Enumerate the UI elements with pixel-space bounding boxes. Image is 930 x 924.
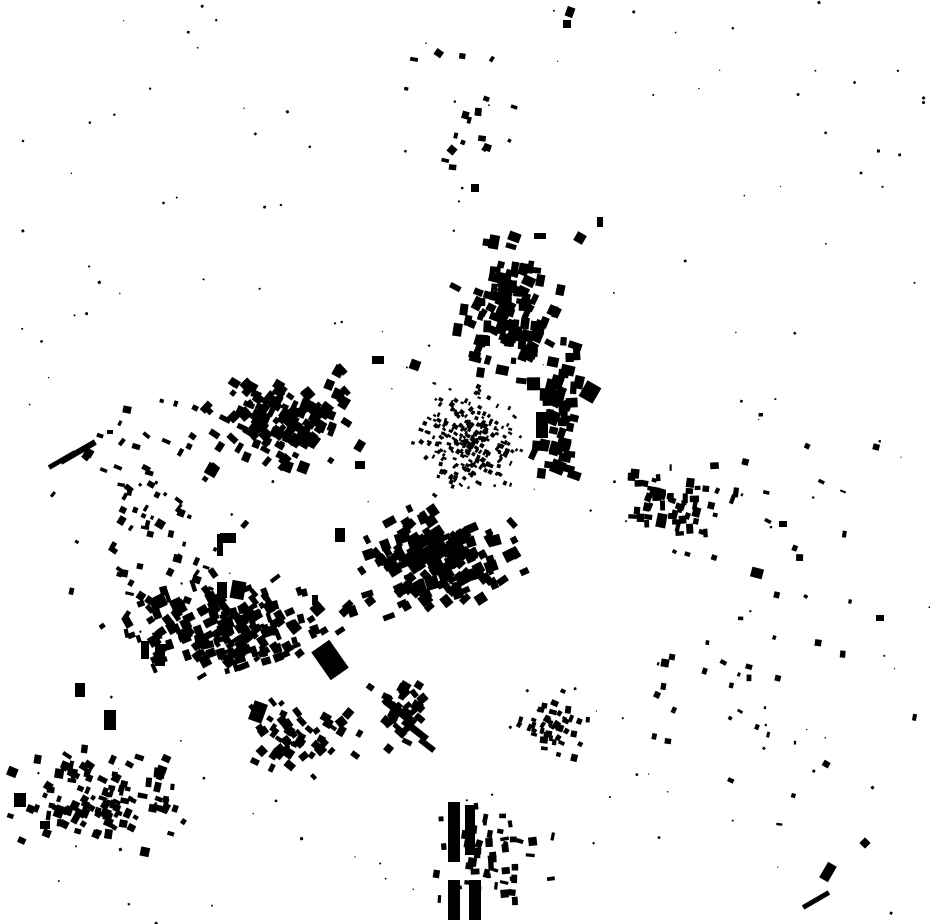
- small-structure: [622, 717, 624, 719]
- building: [686, 488, 694, 494]
- building: [705, 640, 709, 645]
- building: [483, 822, 487, 826]
- small-structure: [613, 480, 616, 483]
- building: [75, 683, 85, 697]
- building: [652, 494, 661, 501]
- building: [162, 796, 169, 804]
- small-structure: [74, 314, 76, 316]
- building: [448, 802, 460, 862]
- building: [141, 641, 149, 659]
- small-structure: [860, 172, 863, 175]
- small-structure: [211, 905, 213, 907]
- building: [465, 805, 475, 855]
- building: [630, 468, 639, 478]
- building: [693, 518, 699, 525]
- small-structure: [180, 740, 182, 742]
- building: [560, 337, 567, 346]
- building: [148, 804, 157, 813]
- building: [644, 514, 652, 520]
- building: [541, 702, 547, 708]
- small-structure: [609, 796, 611, 798]
- building: [561, 409, 568, 419]
- building: [471, 184, 479, 192]
- building: [702, 485, 709, 492]
- building: [840, 650, 846, 657]
- building: [119, 791, 123, 796]
- small-structure: [406, 366, 408, 368]
- building: [372, 356, 384, 364]
- small-structure: [58, 880, 60, 882]
- building: [217, 582, 227, 598]
- building: [512, 864, 519, 871]
- building: [433, 870, 441, 879]
- building: [686, 524, 693, 534]
- building: [465, 862, 474, 870]
- building: [660, 500, 665, 510]
- building: [570, 381, 577, 394]
- small-structure: [280, 204, 282, 206]
- building: [474, 108, 482, 117]
- building: [438, 816, 443, 821]
- building: [478, 135, 486, 142]
- building: [499, 814, 506, 819]
- building: [511, 261, 520, 273]
- small-structure: [29, 404, 31, 406]
- building: [695, 486, 701, 490]
- small-structure: [75, 845, 77, 847]
- building: [794, 741, 796, 745]
- building: [469, 880, 481, 920]
- building: [81, 744, 88, 753]
- building: [703, 529, 708, 538]
- small-structure: [897, 70, 899, 72]
- building: [738, 617, 743, 621]
- small-structure: [883, 655, 885, 657]
- small-structure: [162, 202, 165, 205]
- building: [664, 738, 671, 744]
- building: [355, 461, 365, 469]
- building: [511, 357, 517, 364]
- building: [528, 837, 537, 846]
- building: [523, 352, 536, 360]
- building: [677, 508, 683, 514]
- small-structure: [118, 768, 119, 769]
- building: [155, 644, 165, 666]
- building: [597, 217, 603, 227]
- building: [510, 837, 517, 843]
- small-structure: [534, 489, 535, 490]
- building: [139, 846, 150, 857]
- building: [40, 821, 50, 829]
- building: [512, 897, 518, 906]
- building: [537, 468, 547, 479]
- small-structure: [243, 108, 244, 109]
- small-structure: [543, 364, 544, 365]
- building: [644, 520, 649, 528]
- building: [449, 164, 457, 170]
- building: [563, 20, 571, 28]
- small-structure: [557, 61, 558, 62]
- building: [112, 771, 118, 777]
- building: [217, 534, 223, 556]
- building: [686, 478, 695, 488]
- small-structure: [613, 292, 615, 294]
- building: [312, 595, 318, 605]
- building: [670, 464, 672, 471]
- small-structure: [258, 400, 261, 403]
- building: [565, 706, 572, 714]
- building: [637, 513, 645, 522]
- building: [656, 474, 661, 481]
- building: [508, 889, 516, 896]
- building: [710, 462, 719, 469]
- building: [459, 53, 466, 59]
- building: [33, 754, 41, 764]
- building: [747, 675, 752, 682]
- building: [570, 730, 577, 737]
- small-structure: [882, 186, 884, 188]
- building: [54, 768, 64, 779]
- small-structure: [391, 388, 392, 389]
- building: [501, 844, 509, 853]
- building: [438, 895, 442, 903]
- small-structure: [354, 856, 355, 857]
- building: [513, 286, 522, 297]
- building: [488, 855, 497, 863]
- building: [540, 736, 549, 743]
- building: [876, 615, 884, 621]
- building: [448, 880, 460, 920]
- building: [501, 867, 510, 874]
- small-structure: [340, 321, 342, 323]
- building: [552, 739, 557, 745]
- building: [814, 639, 821, 646]
- building: [675, 531, 684, 536]
- building: [491, 283, 498, 291]
- small-structure: [735, 332, 737, 334]
- building: [759, 413, 763, 417]
- small-structure: [675, 32, 677, 34]
- small-structure: [21, 328, 23, 330]
- building: [107, 430, 113, 434]
- small-structure: [648, 773, 649, 774]
- building: [335, 528, 345, 542]
- small-structure: [877, 149, 880, 152]
- small-structure: [300, 837, 303, 840]
- building: [536, 412, 548, 438]
- small-structure: [732, 27, 735, 30]
- building: [485, 838, 493, 847]
- building: [672, 519, 680, 524]
- building: [471, 868, 480, 874]
- small-structure: [454, 100, 456, 102]
- building: [628, 514, 637, 519]
- building: [119, 819, 128, 828]
- building: [145, 777, 152, 787]
- small-structure: [914, 282, 916, 284]
- building: [634, 507, 641, 515]
- building: [441, 843, 447, 850]
- building: [170, 784, 175, 791]
- building: [668, 513, 673, 519]
- building: [565, 353, 573, 362]
- small-structure: [197, 47, 199, 49]
- ground-background: [0, 0, 930, 924]
- building: [534, 233, 546, 239]
- building: [558, 369, 569, 379]
- building: [527, 377, 540, 390]
- building: [796, 554, 803, 561]
- small-structure: [684, 259, 687, 262]
- building-footprint-map: [0, 0, 930, 924]
- building: [483, 336, 490, 346]
- building: [586, 717, 590, 723]
- small-structure: [774, 398, 776, 400]
- building: [669, 654, 676, 661]
- small-structure: [758, 419, 759, 420]
- building: [476, 367, 485, 378]
- building: [104, 710, 116, 730]
- building: [683, 493, 688, 503]
- building: [104, 829, 113, 840]
- building: [660, 683, 666, 690]
- building: [459, 303, 468, 315]
- building: [489, 268, 496, 277]
- building: [779, 521, 787, 527]
- small-structure: [898, 153, 901, 156]
- small-structure: [879, 440, 881, 442]
- building: [500, 889, 509, 898]
- small-structure: [278, 420, 280, 422]
- small-structure: [85, 312, 88, 315]
- small-structure: [574, 687, 577, 690]
- building: [764, 706, 766, 709]
- building: [14, 793, 26, 807]
- building: [404, 87, 409, 91]
- building: [516, 377, 527, 384]
- building: [511, 875, 517, 884]
